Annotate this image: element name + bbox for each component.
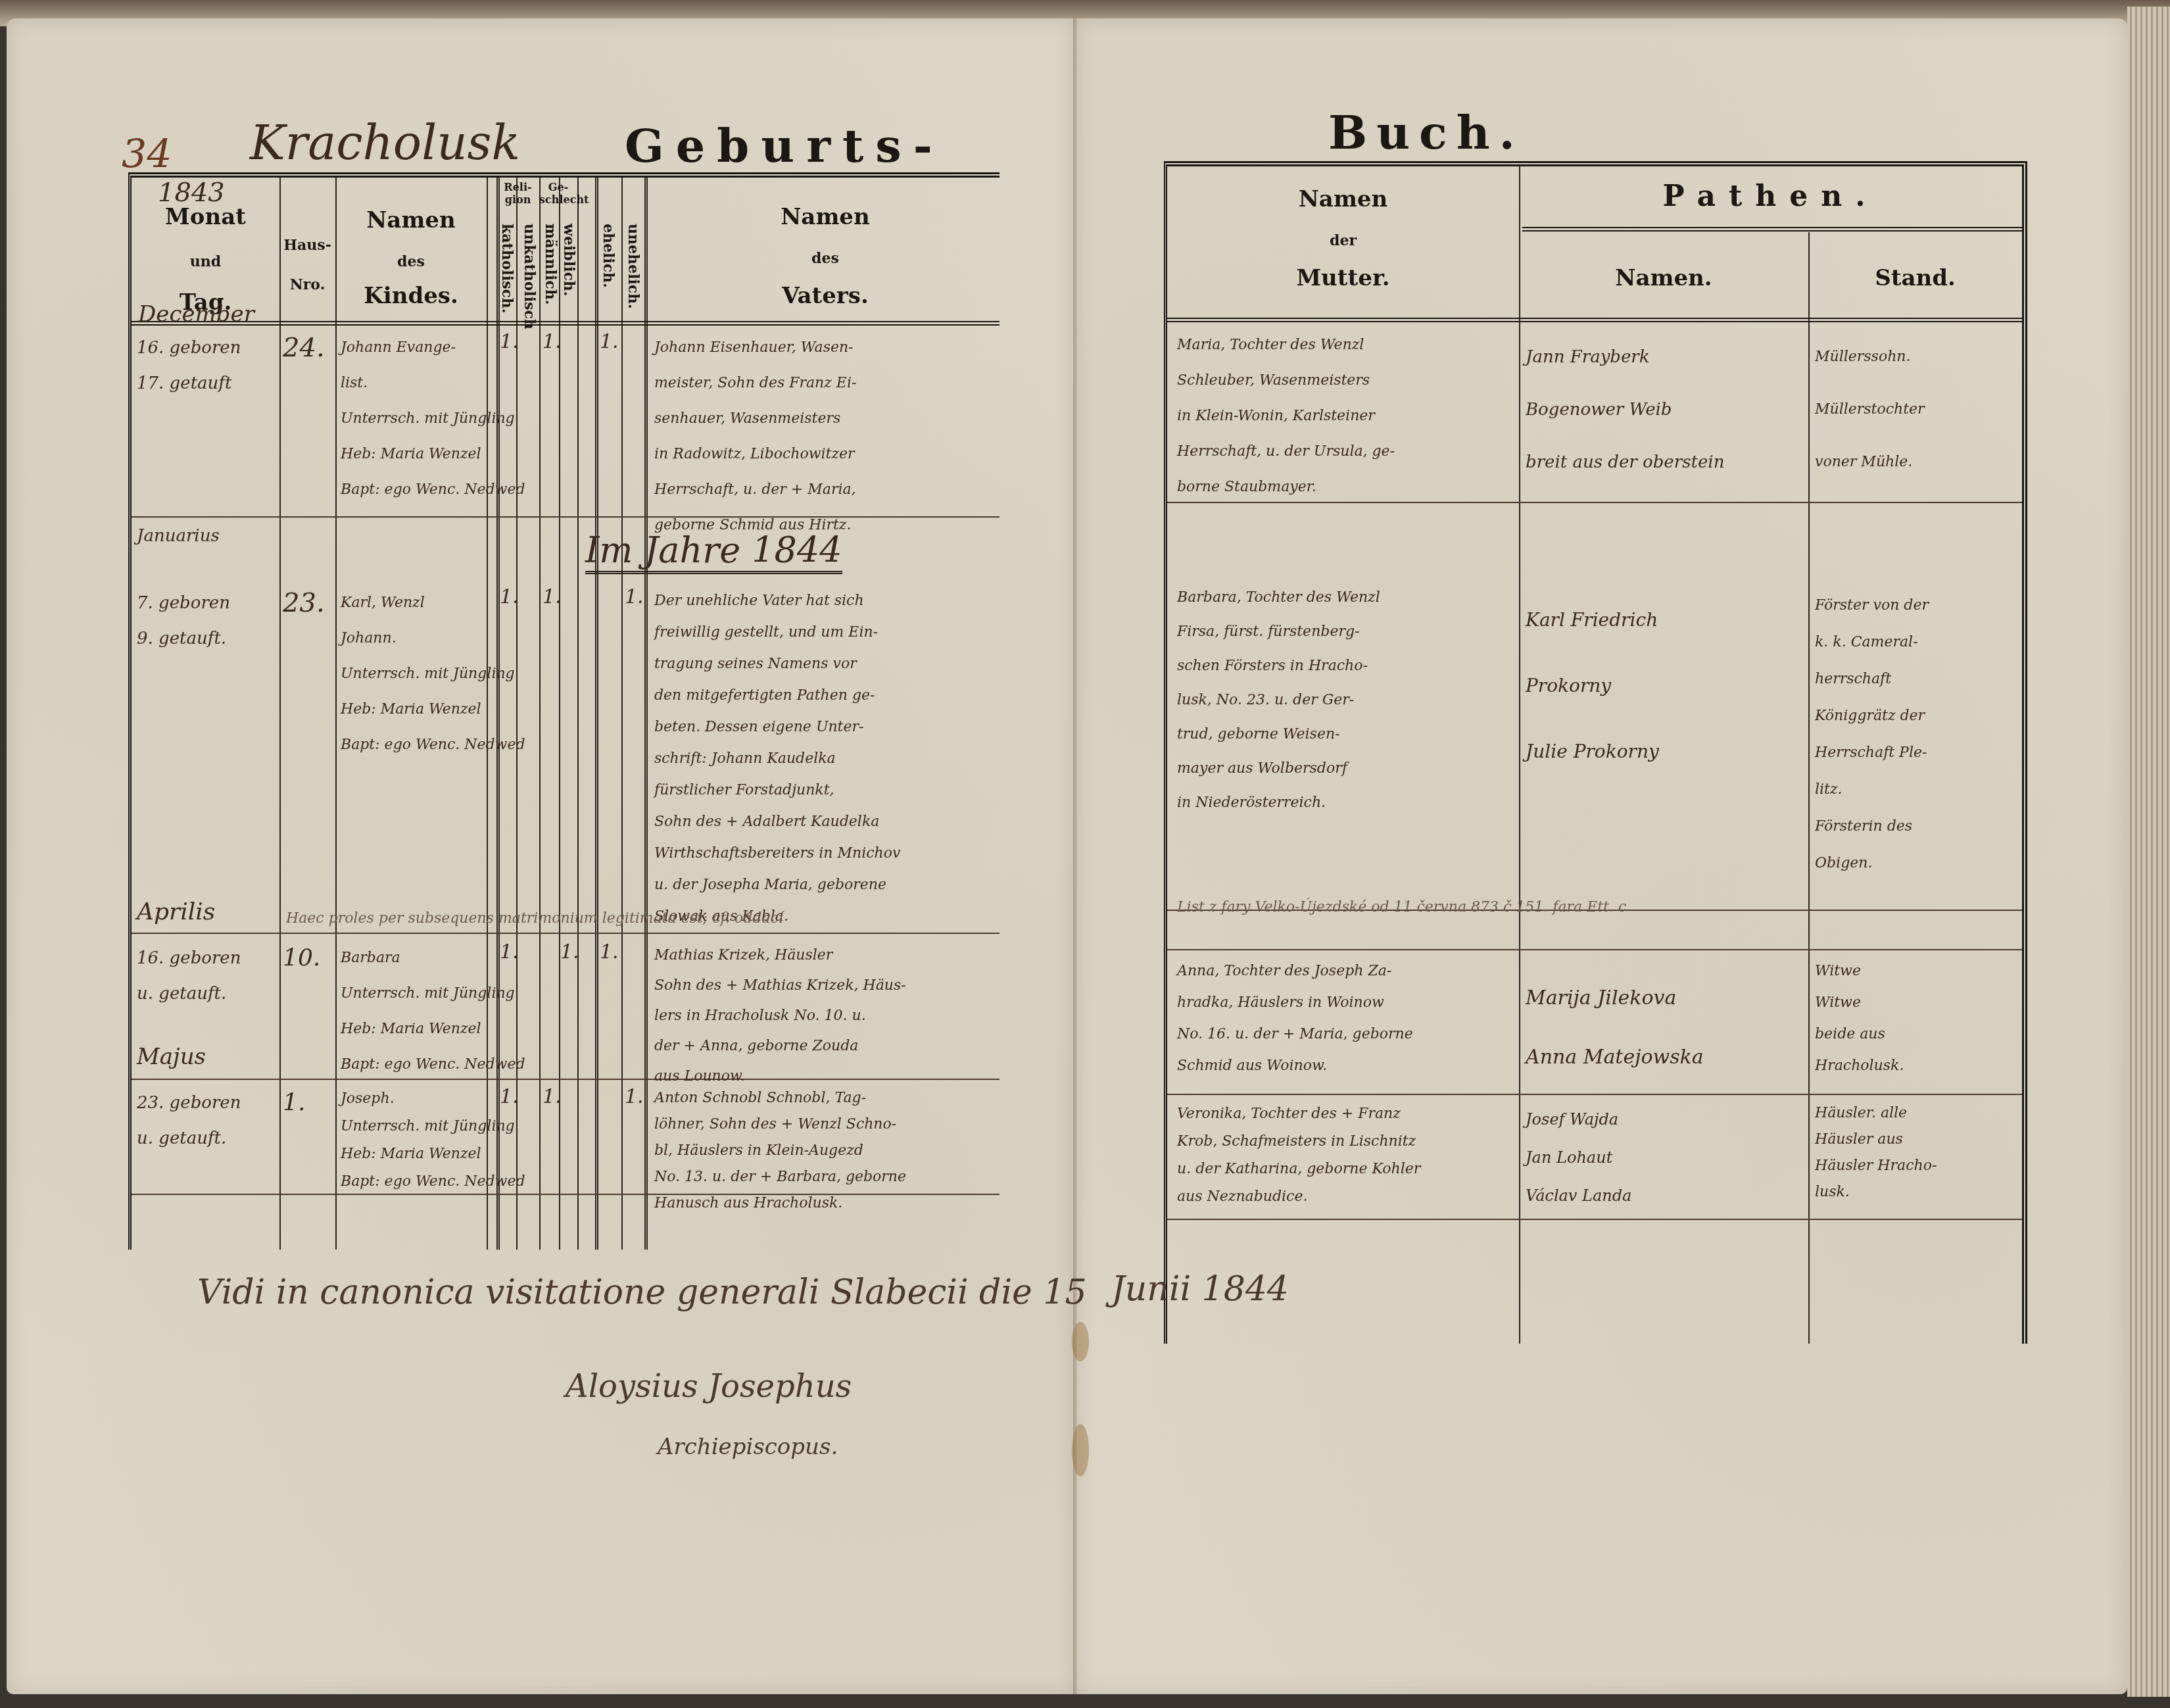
header-mother-der: der xyxy=(1167,232,1519,249)
entry-1-godparent-names: Jann Frayberk Bogenower Weib breit aus d… xyxy=(1526,331,1805,489)
header-mother-name: Namen xyxy=(1167,186,1519,213)
header-godparent-status: Stand. xyxy=(1808,265,2022,292)
entry-1-date: 16. geboren 17. getauft xyxy=(137,330,278,401)
page-stack-edge xyxy=(2127,7,2170,1697)
entry-2-mother: Barbara, Tochter des Wenzl Firsa, fürst.… xyxy=(1177,581,1516,820)
entry-2-godparent-names: Karl Friedrich Prokorny Julie Prokorny xyxy=(1526,587,1805,785)
entry-2-month: Januarius xyxy=(137,518,220,554)
entry-3-house: 10. xyxy=(283,940,320,976)
header-house: Haus- xyxy=(279,237,335,254)
entry-2-house: 23. xyxy=(283,585,325,621)
legitimation-note: Haec proles per subsequens matrimonium l… xyxy=(286,901,1003,937)
visitation-note-date: Junii 1844 xyxy=(1111,1269,1289,1309)
entry-2-illegit-mark: 1. xyxy=(625,585,644,608)
entry-4-mother: Veronika, Tochter des + Franz Krob, Scha… xyxy=(1177,1100,1516,1211)
entry-1-father: Johann Eisenhauer, Wasen- meister, Sohn … xyxy=(654,330,996,543)
entry-4-male-mark: 1. xyxy=(542,1085,562,1108)
entry-3-legit-mark: 1. xyxy=(600,940,619,964)
header-godparents: Pathen. xyxy=(1519,180,2022,214)
entry-1-catholic-mark: 1. xyxy=(500,330,519,353)
header-father-des: des xyxy=(651,250,1000,267)
entry-3-month: Aprilis xyxy=(137,894,215,930)
header-month: Monat xyxy=(132,204,279,231)
header-father-name: Namen xyxy=(651,204,1000,231)
entry-1-child: Johann Evange- list. Unterrsch. mit Jüng… xyxy=(341,330,538,508)
entry-3-date: 16. geboren u. getauft. xyxy=(137,940,278,1012)
visitation-signature: Aloysius Josephus xyxy=(566,1368,852,1405)
entry-4-godparent-names: Josef Wajda Jan Lohaut Václav Landa xyxy=(1526,1100,1805,1215)
entry-3-catholic-mark: 1. xyxy=(500,940,519,964)
entry-4-father: Anton Schnobl Schnobl, Tag- löhner, Sohn… xyxy=(654,1085,996,1217)
header-female: weiblich. xyxy=(560,224,577,296)
water-stain xyxy=(1072,1424,1089,1476)
header-godparent-names: Namen. xyxy=(1519,265,1808,292)
entry-2-male-mark: 1. xyxy=(542,585,562,608)
entry-1-house: 24. xyxy=(283,330,325,366)
entry-3-father: Mathias Krizek, Häusler Sohn des + Mathi… xyxy=(654,940,996,1092)
header-male: männlich. xyxy=(542,224,559,305)
page-number: 34 xyxy=(122,132,172,178)
entry-4-date: 23. geboren u. getauft. xyxy=(137,1085,278,1156)
entry-4-house: 1. xyxy=(283,1085,305,1121)
entry-3-female-mark: 1. xyxy=(560,940,579,964)
header-and: und xyxy=(132,253,279,270)
register-title-left: Geburts- xyxy=(625,118,944,173)
entry-4-godparent-status: Häusler. alle Häusler aus Häusler Hracho… xyxy=(1815,1100,2019,1206)
header-illegitimate: unehelich. xyxy=(625,224,642,309)
month-header-handwritten: December xyxy=(138,301,254,328)
entry-3-mother: Anna, Tochter des Joseph Za- hradka, Häu… xyxy=(1177,956,1516,1082)
entry-1-legit-mark: 1. xyxy=(600,330,619,353)
entry-2-father: Der unehliche Vater hat sich freiwillig … xyxy=(654,585,996,933)
entry-2-child: Karl, Wenzl Johann. Unterrsch. mit Jüngl… xyxy=(341,585,538,763)
place-name: Kracholusk xyxy=(250,115,520,170)
entry-1-godparent-status: Müllerssohn. Müllerstochter voner Mühle. xyxy=(1815,331,2019,489)
header-child-name: Namen xyxy=(335,207,487,234)
entry-3-godparent-names: Marija Jilekova Anna Matejowska xyxy=(1526,969,1805,1087)
entry-2-date: 7. geboren 9. getauft. xyxy=(137,585,278,656)
entry-2-godparent-status: Förster von der k. k. Cameral- herrschaf… xyxy=(1815,587,2019,882)
water-stain xyxy=(1072,1322,1089,1361)
legitimation-note-right: List z fary Velko-Újezdské od 11 června … xyxy=(1177,890,2019,925)
entry-4-month: Majus xyxy=(137,1039,206,1075)
header-sex: Ge- schlecht xyxy=(539,181,577,206)
header-child-des: des xyxy=(335,253,487,270)
header-father-vaters: Vaters. xyxy=(651,283,1000,310)
visitation-title: Archiepiscopus. xyxy=(658,1434,838,1460)
header-religion: Reli- gion xyxy=(496,181,539,206)
entry-3-godparent-status: Witwe Witwe beide aus Hracholusk. xyxy=(1815,956,2019,1082)
birth-register-table-right: Namen der Mutter. Pathen. Namen. Stand. … xyxy=(1164,161,2027,1344)
year-divider: Im Jahre 1844 xyxy=(585,529,842,574)
entry-1-male-mark: 1. xyxy=(542,330,562,353)
header-catholic: katholisch. xyxy=(498,224,516,313)
birth-register-table-left: 1843 Monat und Tag. December Haus- Nro. … xyxy=(128,172,1000,1250)
register-title-right: Buch. xyxy=(1328,105,1524,160)
entry-2-catholic-mark: 1. xyxy=(500,585,519,608)
header-child-kindes: Kindes. xyxy=(335,283,487,310)
entry-4-catholic-mark: 1. xyxy=(500,1085,519,1108)
entry-1-mother: Maria, Tochter des Wenzl Schleuber, Wase… xyxy=(1177,328,1516,505)
header-legitimate: ehelich. xyxy=(600,224,617,288)
header-non-catholic: unkatholisch xyxy=(521,224,538,329)
entry-4-illegit-mark: 1. xyxy=(625,1085,644,1108)
header-mother-mutter: Mutter. xyxy=(1167,265,1519,292)
header-house-no: Nro. xyxy=(279,276,335,293)
visitation-note: Vidi in canonica visitatione generali Sl… xyxy=(197,1273,1087,1312)
